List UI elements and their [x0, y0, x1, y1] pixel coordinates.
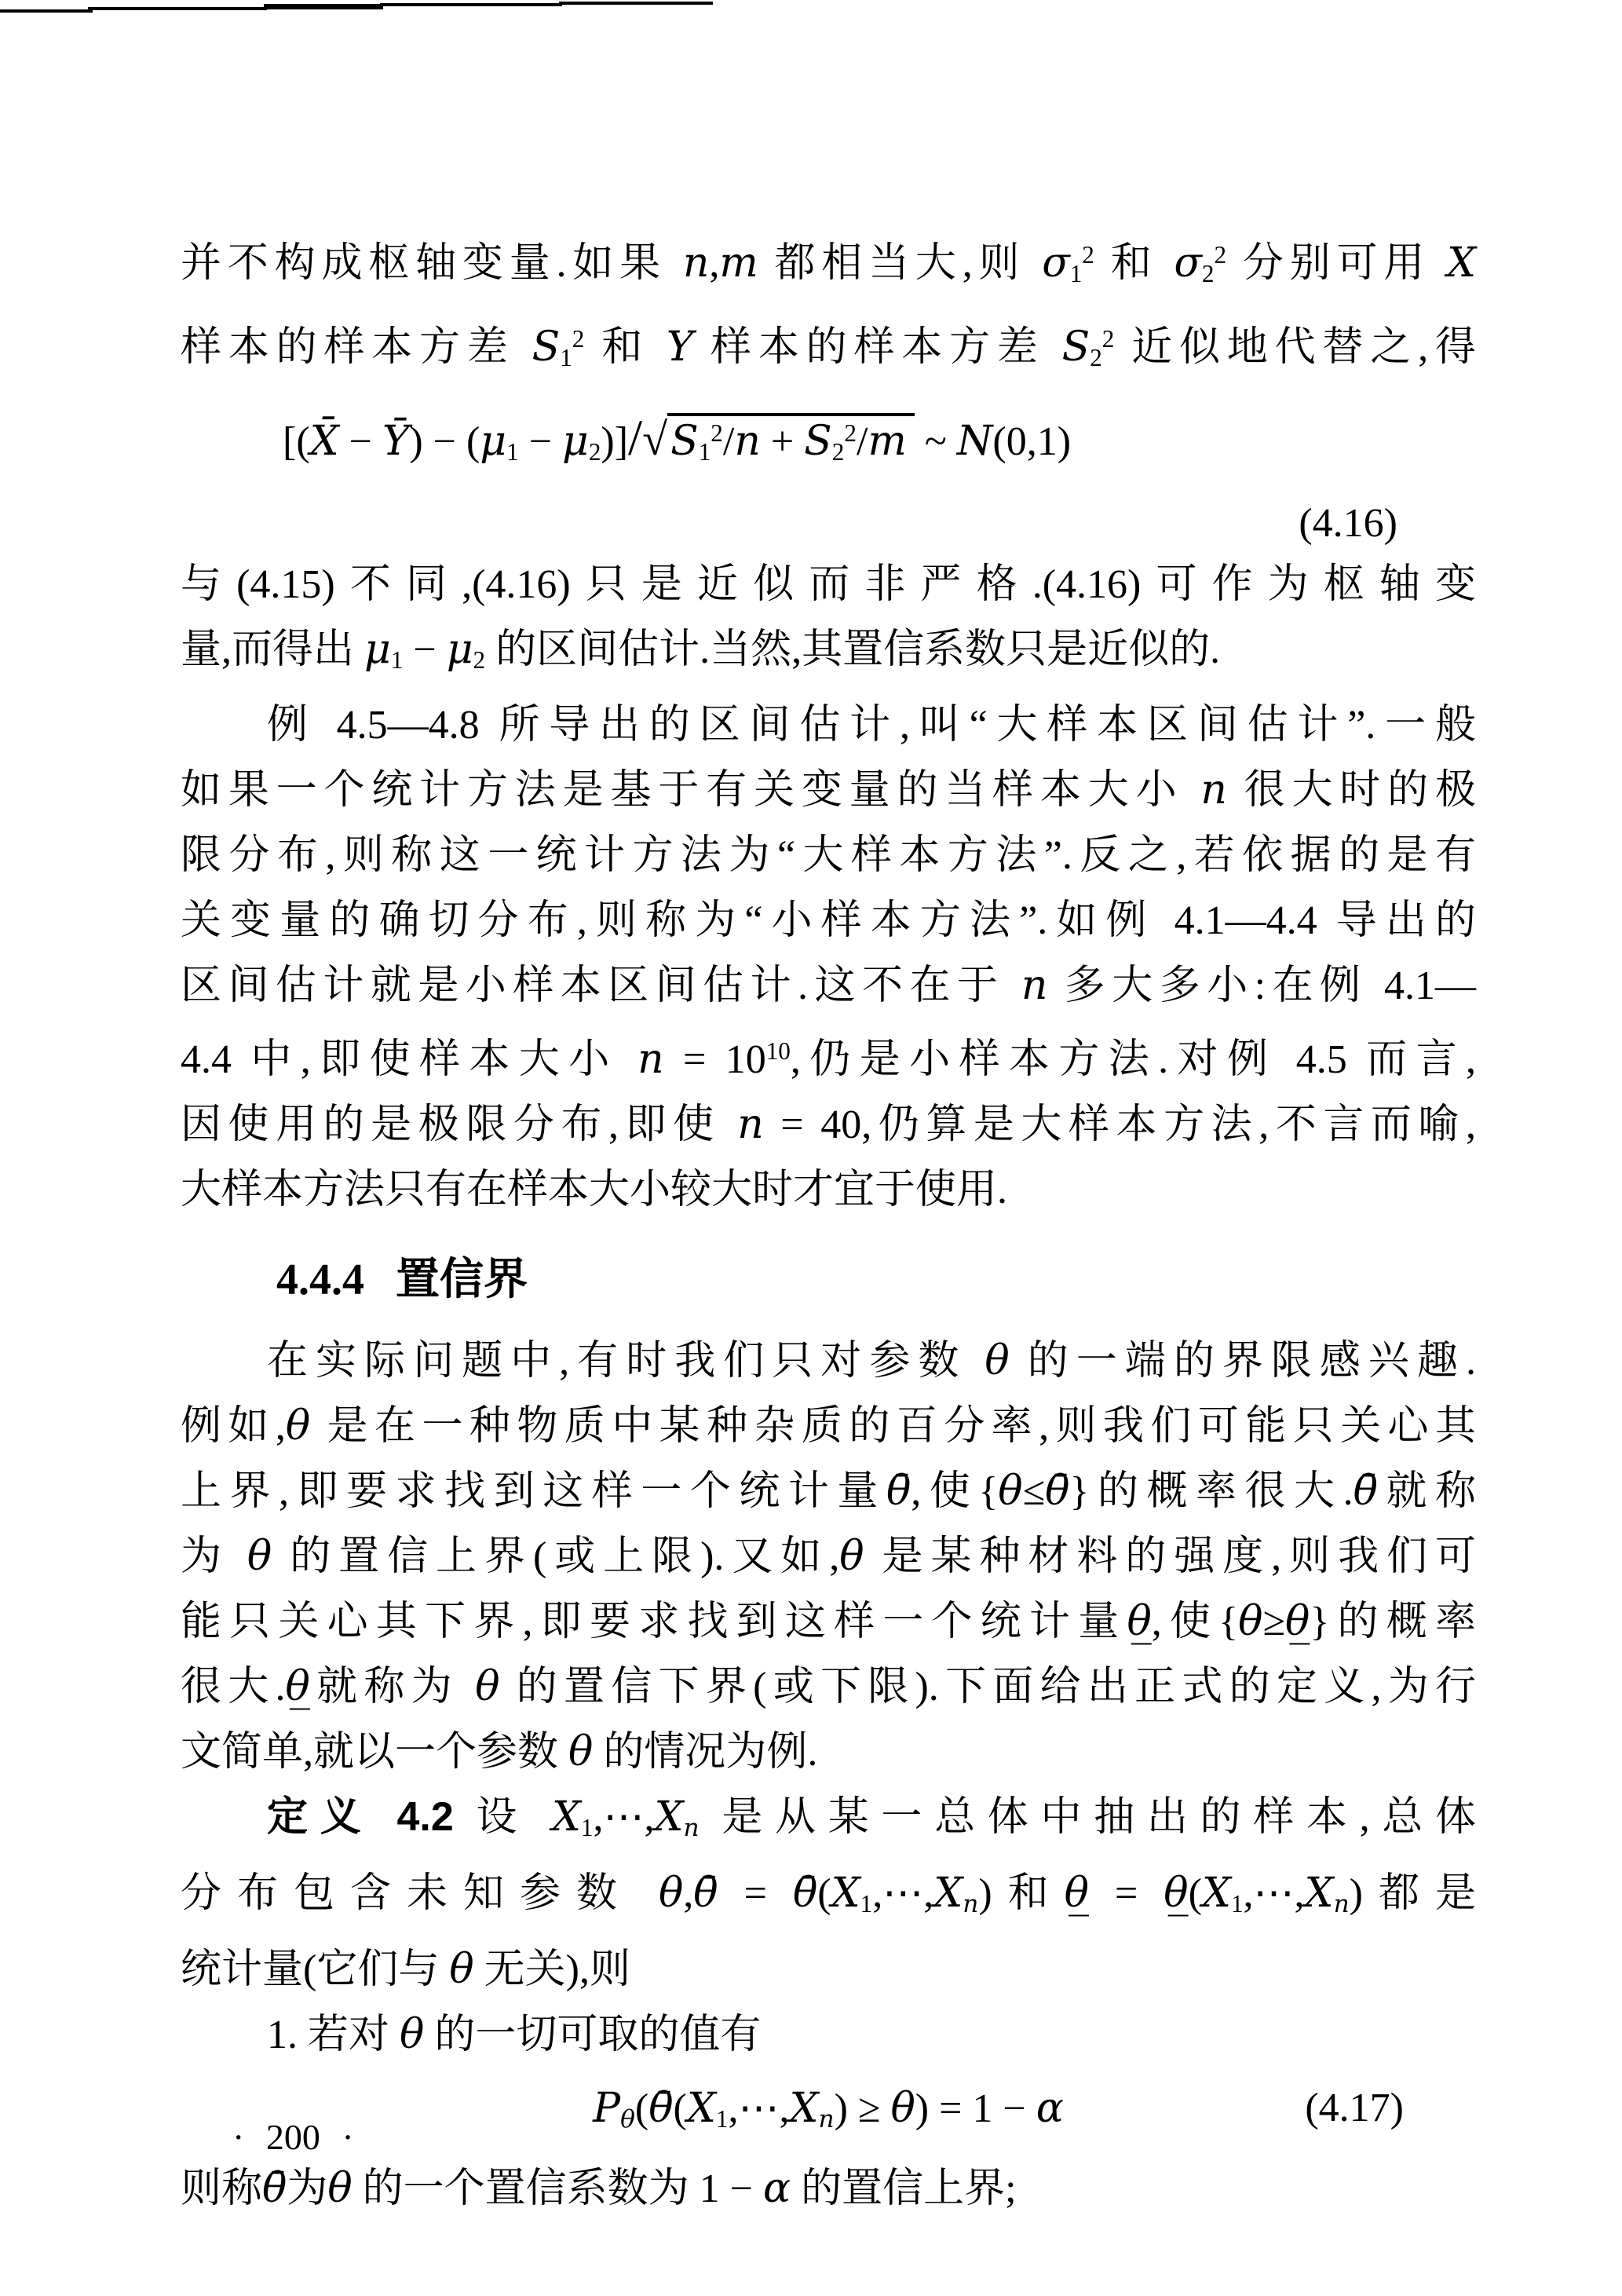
body-line-10: 4.4 中,即使样本大小 n = 1010,仍是小样本方法.对例 4.5 而言, — [181, 1018, 1476, 1092]
body-line-12: 大样本方法只有在样本大小较大时才宜于使用. — [181, 1157, 1476, 1223]
page-number: · 200 · — [232, 2114, 354, 2161]
formula-body: Pθ(θ̄(X1,⋯,Xn) ≥ θ) = 1 − α — [593, 2086, 1064, 2131]
section-heading-4-4-4: 4.4.4置信界 — [181, 1241, 1476, 1318]
body-line-19: 文简单,就以一个参数 θ 的情况为例. — [181, 1720, 1476, 1785]
body-line-14: 例如,θ 是在一种物质中某种杂质的百分率,则我们可能只关心其 — [181, 1394, 1476, 1459]
sqrt-radicand: S12/n + S22/m — [667, 413, 915, 466]
formula-4-16: [(X̄ − Ȳ) − (μ1 − μ2)]/√S12/n + S22/m ~ … — [181, 395, 1476, 495]
body-line-07: 限分布,则称这一统计方法为“大样本方法”.反之,若依据的是有 — [181, 823, 1476, 888]
formula-tail: ~ N(0,1) — [915, 419, 1071, 464]
body-line-16: 为 θ 的置信上界(或上限).又如,θ 是某种材料的强度,则我们可 — [181, 1524, 1476, 1589]
body-line-04: 量,而得出 μ1 − μ2 的区间估计.当然,其置信系数只是近似的. — [181, 617, 1476, 693]
section-number: 4.4.4 — [276, 1256, 364, 1304]
equation-number-4-17: (4.17) — [1305, 2071, 1404, 2146]
book-page: 并不构成枢轴变量.如果 n,m 都相当大,则 σ12 和 σ22 分别可用 X … — [0, 0, 1622, 2296]
list-item-1: 1. 若对 θ 的一切可取的值有 — [181, 2002, 1476, 2067]
body-line-08: 关变量的确切分布,则称为“小样本方法”.如例 4.1—4.4 导出的 — [181, 888, 1476, 953]
division-slash: / — [628, 410, 642, 466]
body-line-24: 则称θ̄为θ 的一个置信系数为 1 − α 的置信上界; — [181, 2156, 1476, 2221]
section-title: 置信界 — [396, 1254, 528, 1303]
body-line-17: 能只关心其下界,即要求找到这样一个统计量θ̲,使{θ≥θ̲}的概率 — [181, 1589, 1476, 1654]
body-line-18: 很大.θ̲就称为 θ 的置信下界(或下限).下面给出正式的定义,为行 — [181, 1654, 1476, 1720]
definition-line-20: 定义 4.2 设 X1,⋯,Xn 是从某一总体中抽出的样本,总体 — [181, 1785, 1476, 1861]
body-line-05: 例 4.5—4.8 所导出的区间估计,叫“大样本区间估计”.一般 — [181, 693, 1476, 758]
body-line-01: 并不构成枢轴变量.如果 n,m 都相当大,则 σ12 和 σ22 分别可用 X — [181, 222, 1476, 306]
formula-numerator: [(X̄ − Ȳ) − (μ1 − μ2)] — [283, 419, 628, 464]
body-line-11: 因使用的是极限分布,即使 n = 40,仍算是大样本方法,不言而喻, — [181, 1092, 1476, 1157]
body-line-09: 区间估计就是小样本区间估计.这不在于 n 多大多小:在例 4.1— — [181, 953, 1476, 1018]
body-line-03: 与(4.15)不同,(4.16)只是近似而非严格.(4.16)可作为枢轴变 — [181, 552, 1476, 617]
sqrt-radical-sign: √ — [642, 414, 667, 465]
page-content: 并不构成枢轴变量.如果 n,m 都相当大,则 σ12 和 σ22 分别可用 X … — [181, 222, 1476, 2221]
body-line-13: 在实际问题中,有时我们只对参数 θ 的一端的界限感兴趣. — [181, 1329, 1476, 1394]
formula-4-17: Pθ(θ̄(X1,⋯,Xn) ≥ θ) = 1 − α(4.17) — [181, 2071, 1476, 2157]
body-line-15: 上界,即要求找到这样一个统计量θ̄,使{θ≤θ̄}的概率很大.θ̄就称 — [181, 1459, 1476, 1524]
equation-number-4-16: (4.16) — [181, 495, 1476, 552]
body-line-22: 统计量(它们与 θ 无关),则 — [181, 1937, 1476, 2002]
body-line-02: 样本的样本方差 S12 和 Y 样本的样本方差 S22 近似地代替之,得 — [181, 306, 1476, 390]
body-line-06: 如果一个统计方法是基于有关变量的当样本大小 n 很大时的极 — [181, 758, 1476, 823]
body-line-21: 分布包含未知参数 θ,θ̄ = θ̄(X1,⋯,Xn)和θ̲ = θ̲(X1,⋯… — [181, 1861, 1476, 1937]
